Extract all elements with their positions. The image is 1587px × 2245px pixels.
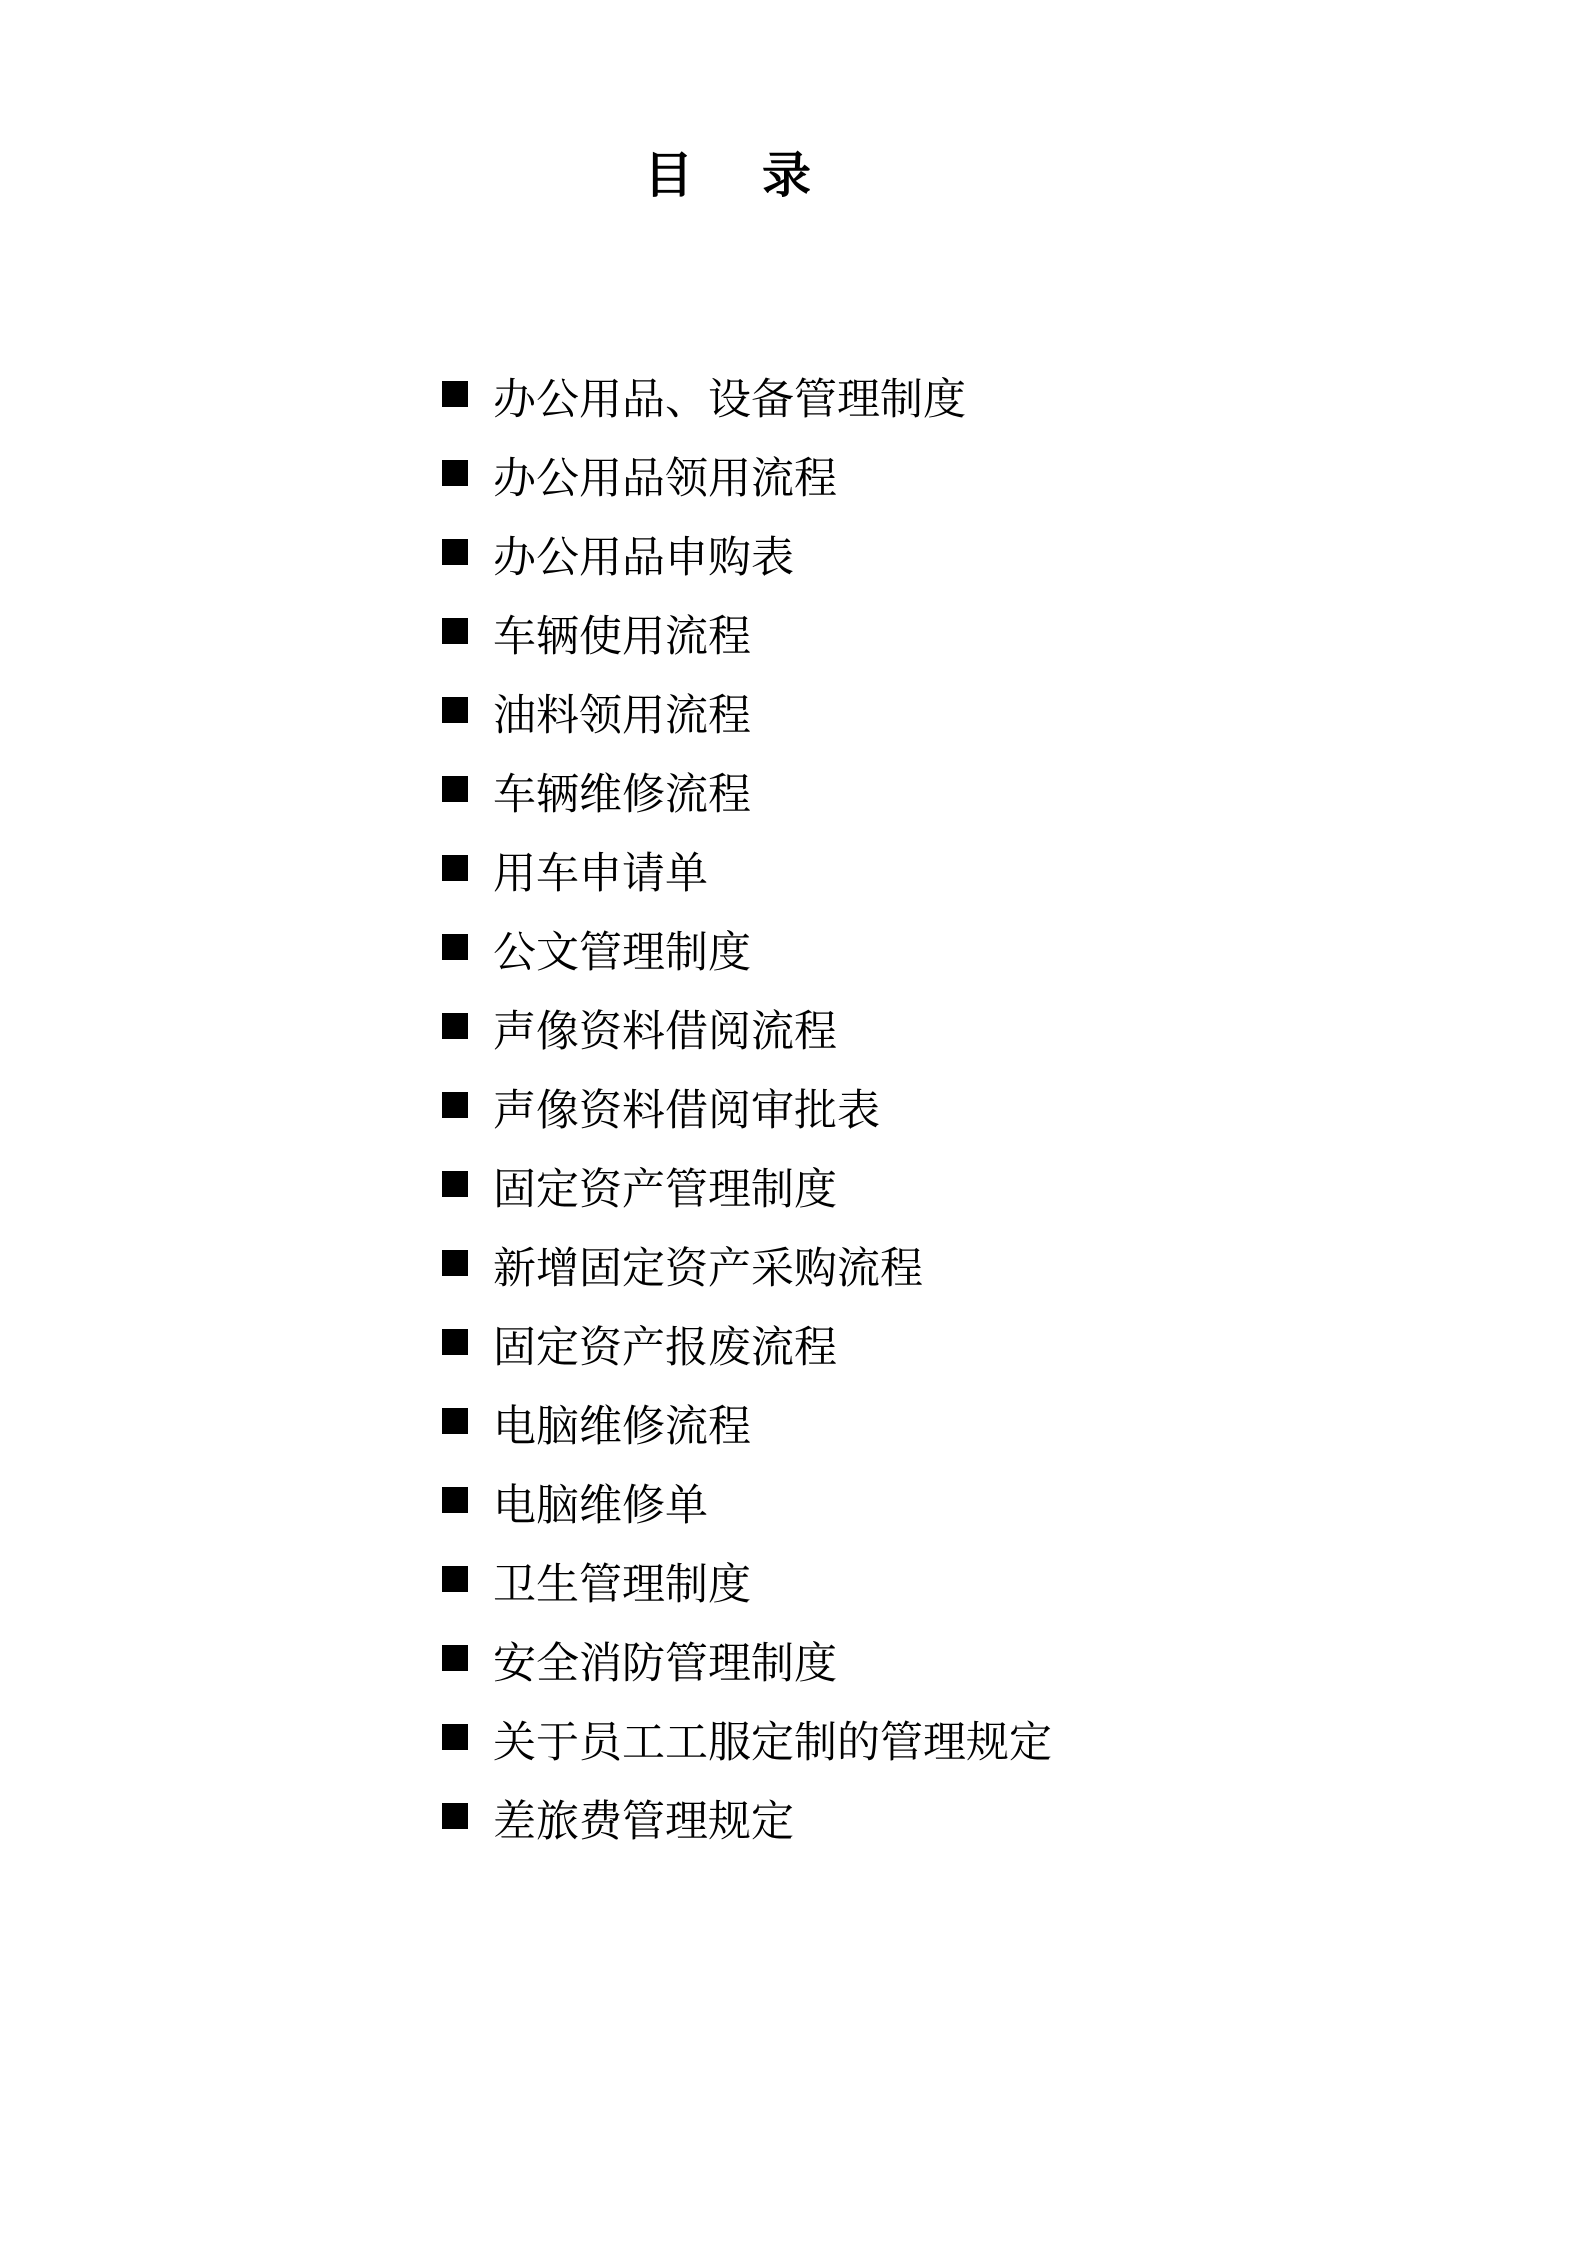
bullet-square-icon [442, 776, 468, 802]
bullet-square-icon [442, 1803, 468, 1829]
toc-item: 电脑维修单 [442, 1467, 1052, 1546]
bullet-square-icon [442, 1171, 468, 1197]
bullet-square-icon [442, 1329, 468, 1355]
bullet-square-icon [442, 1250, 468, 1276]
toc-item: 办公用品领用流程 [442, 440, 1052, 519]
toc-item: 办公用品、设备管理制度 [442, 361, 1052, 440]
toc-list: 办公用品、设备管理制度 办公用品领用流程 办公用品申购表 车辆使用流程 油料领用… [442, 361, 1052, 1862]
toc-item-label: 电脑维修单 [493, 1485, 708, 1528]
toc-item-label: 声像资料借阅审批表 [493, 1090, 880, 1133]
bullet-square-icon [442, 1487, 468, 1513]
toc-item-label: 用车申请单 [493, 853, 708, 896]
toc-item-label: 办公用品、设备管理制度 [493, 379, 966, 422]
bullet-square-icon [442, 855, 468, 881]
bullet-square-icon [442, 697, 468, 723]
toc-item-label: 固定资产报废流程 [493, 1327, 837, 1370]
toc-item-label: 办公用品领用流程 [493, 458, 837, 501]
toc-item: 用车申请单 [442, 835, 1052, 914]
toc-item-label: 安全消防管理制度 [493, 1643, 837, 1686]
toc-item-label: 车辆使用流程 [493, 616, 751, 659]
bullet-square-icon [442, 539, 468, 565]
toc-item-label: 卫生管理制度 [493, 1564, 751, 1607]
toc-item: 固定资产报废流程 [442, 1309, 1052, 1388]
toc-item: 车辆使用流程 [442, 598, 1052, 677]
toc-item: 新增固定资产采购流程 [442, 1230, 1052, 1309]
toc-item: 电脑维修流程 [442, 1388, 1052, 1467]
page-title: 目 录 [644, 148, 811, 202]
bullet-square-icon [442, 381, 468, 407]
toc-item: 关于员工工服定制的管理规定 [442, 1704, 1052, 1783]
toc-item: 油料领用流程 [442, 677, 1052, 756]
toc-item-label: 油料领用流程 [493, 695, 751, 738]
toc-item-label: 电脑维修流程 [493, 1406, 751, 1449]
toc-item-label: 办公用品申购表 [493, 537, 794, 580]
toc-item-label: 公文管理制度 [493, 932, 751, 975]
bullet-square-icon [442, 934, 468, 960]
bullet-square-icon [442, 460, 468, 486]
toc-item-label: 差旅费管理规定 [493, 1801, 794, 1844]
toc-item: 办公用品申购表 [442, 519, 1052, 598]
bullet-square-icon [442, 1566, 468, 1592]
toc-item-label: 车辆维修流程 [493, 774, 751, 817]
toc-item: 安全消防管理制度 [442, 1625, 1052, 1704]
toc-item-label: 固定资产管理制度 [493, 1169, 837, 1212]
toc-item: 固定资产管理制度 [442, 1151, 1052, 1230]
bullet-square-icon [442, 1408, 468, 1434]
toc-item-label: 关于员工工服定制的管理规定 [493, 1722, 1052, 1765]
bullet-square-icon [442, 1645, 468, 1671]
document-page: 目 录 办公用品、设备管理制度 办公用品领用流程 办公用品申购表 车辆使用流程 … [0, 0, 1587, 2245]
toc-item: 声像资料借阅审批表 [442, 1072, 1052, 1151]
toc-item: 差旅费管理规定 [442, 1783, 1052, 1862]
bullet-square-icon [442, 1013, 468, 1039]
toc-item: 公文管理制度 [442, 914, 1052, 993]
bullet-square-icon [442, 618, 468, 644]
bullet-square-icon [442, 1092, 468, 1118]
toc-item-label: 新增固定资产采购流程 [493, 1248, 923, 1291]
toc-item: 车辆维修流程 [442, 756, 1052, 835]
toc-item: 声像资料借阅流程 [442, 993, 1052, 1072]
bullet-square-icon [442, 1724, 468, 1750]
toc-item: 卫生管理制度 [442, 1546, 1052, 1625]
toc-item-label: 声像资料借阅流程 [493, 1011, 837, 1054]
